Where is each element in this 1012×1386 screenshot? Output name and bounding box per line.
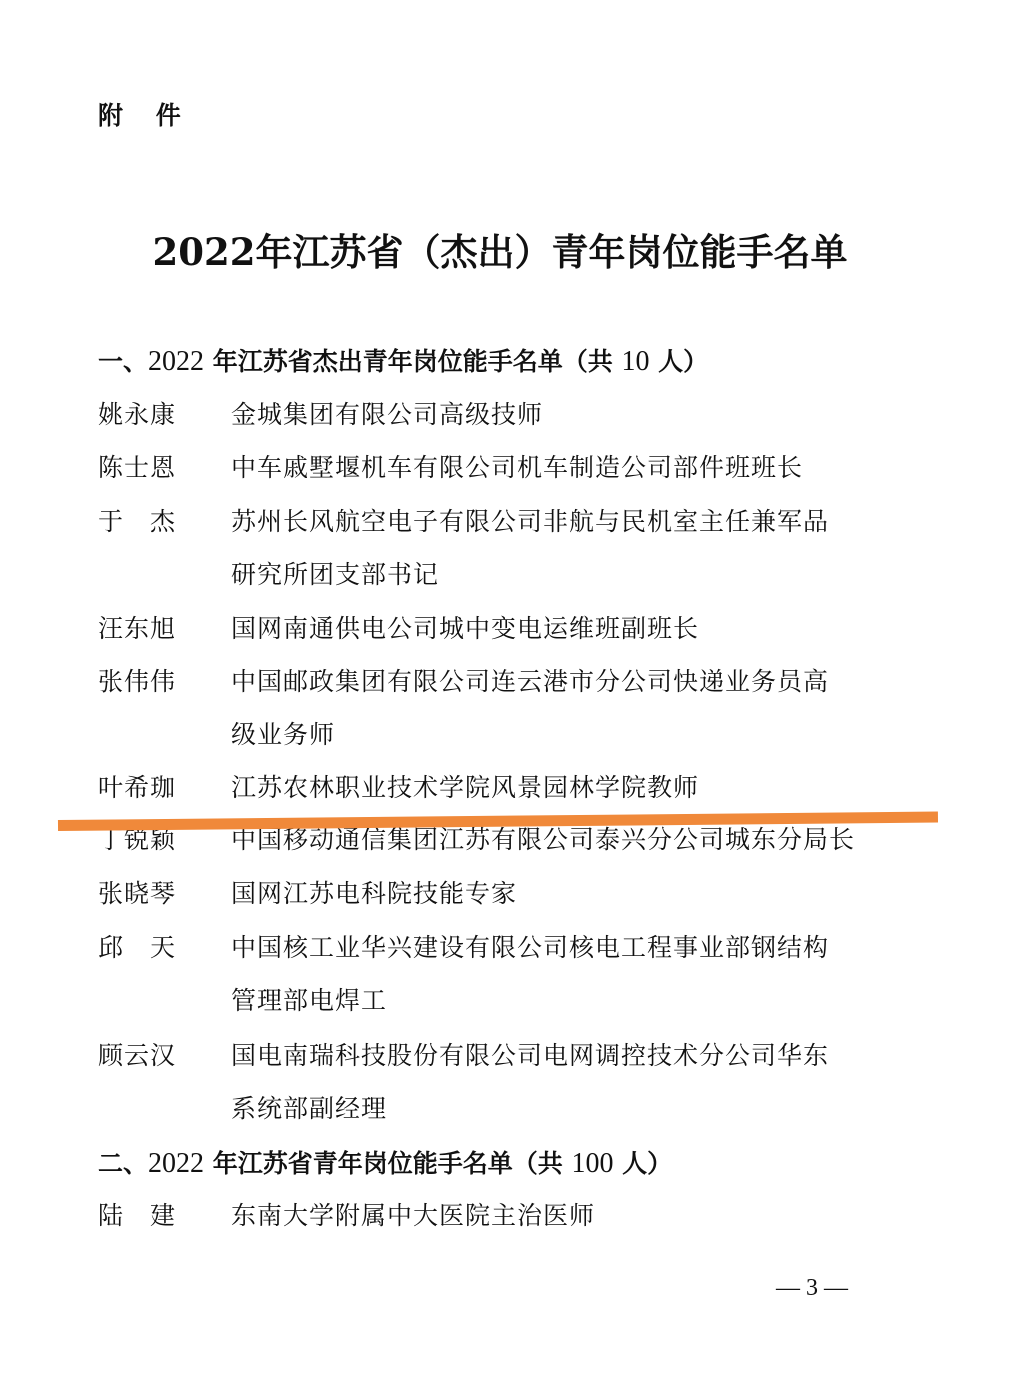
- section-suffix: 人）: [649, 347, 708, 376]
- person-position-cont: 级业务师: [231, 715, 335, 751]
- person-position: 中车戚墅堰机车有限公司机车制造公司部件班班长: [231, 448, 803, 484]
- person-name: 陆 建: [98, 1196, 208, 1232]
- person-name: 于 杰: [98, 502, 208, 538]
- person-position: 国网南通供电公司城中变电运维班副班长: [231, 609, 699, 645]
- person-position: 国网江苏电科院技能专家: [231, 874, 517, 910]
- section-count: 100: [571, 1148, 613, 1179]
- person-name: 邱 天: [98, 928, 208, 964]
- section-title: 年江苏省青年岗位能手名单（共: [204, 1149, 571, 1178]
- section-suffix: 人）: [613, 1149, 672, 1178]
- document-title: 2022年江苏省（杰出）青年岗位能手名单: [0, 222, 1000, 276]
- person-position: 苏州长风航空电子有限公司非航与民机室主任兼军品: [231, 502, 829, 538]
- section-count: 10: [621, 346, 649, 377]
- person-name: 叶希珈: [98, 768, 208, 804]
- section-heading-outstanding: 一、2022 年江苏省杰出青年岗位能手名单（共 10 人）: [98, 342, 708, 378]
- person-name: 汪东旭: [98, 609, 208, 645]
- person-position-cont: 管理部电焊工: [231, 981, 387, 1017]
- section-prefix: 二、: [98, 1149, 148, 1178]
- section-year: 2022: [148, 346, 204, 377]
- person-position: 中国邮政集团有限公司连云港市分公司快递业务员高: [231, 662, 829, 698]
- person-position: 国电南瑞科技股份有限公司电网调控技术分公司华东: [231, 1036, 829, 1072]
- section-year: 2022: [148, 1148, 204, 1179]
- person-name: 姚永康: [98, 395, 208, 431]
- person-name: 张伟伟: [98, 662, 208, 698]
- page-number: — 3 —: [776, 1275, 848, 1302]
- section-heading-regular: 二、2022 年江苏省青年岗位能手名单（共 100 人）: [98, 1144, 672, 1180]
- person-position: 东南大学附属中大医院主治医师: [231, 1196, 595, 1232]
- section-prefix: 一、: [98, 347, 148, 376]
- person-name: 陈士恩: [98, 448, 208, 484]
- attachment-label: 附 件: [98, 96, 183, 132]
- section-title: 年江苏省杰出青年岗位能手名单（共: [204, 347, 621, 376]
- person-name: 顾云汉: [98, 1036, 208, 1072]
- person-position-cont: 研究所团支部书记: [231, 555, 439, 591]
- person-position: 江苏农林职业技术学院风景园林学院教师: [231, 768, 699, 804]
- person-position-cont: 系统部副经理: [231, 1089, 387, 1125]
- person-position: 中国核工业华兴建设有限公司核电工程事业部钢结构: [231, 928, 829, 964]
- person-position: 金城集团有限公司高级技师: [231, 395, 543, 431]
- person-name: 张晓琴: [98, 874, 208, 910]
